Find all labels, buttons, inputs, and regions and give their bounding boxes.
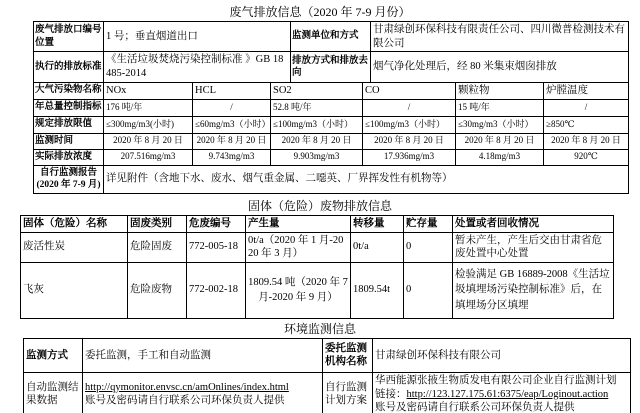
annual-total-cell: 15 吨/年: [456, 99, 544, 116]
solid-waste-section-title: 固体（危险）废物排放信息: [0, 200, 640, 213]
link-prefix-label: 链接：: [375, 389, 407, 400]
actual-concentration-cell: 4.18mg/m3: [456, 149, 544, 165]
limit-cell: ≤100mg/m3（小时）: [271, 116, 363, 133]
solid-waste-table: 固体（危险）名称 固废类别 危废编号 产生量 转移量 贮存量 处置或者回收情况 …: [20, 215, 614, 319]
waste-name-cell: 废活性炭: [21, 232, 128, 262]
pollutant-name-cell: NOx: [104, 82, 193, 99]
entrusted-org-label: 委托监测机构名称: [323, 338, 373, 372]
discharge-mode-label: 排放方式和排放去向: [291, 52, 371, 82]
monitor-time-cell: 2020 年 8 月 20 日: [456, 133, 544, 149]
document-page: 废气排放信息（2020 年 7-9 月份） 废气排放口编号位置 1 号；垂直烟道…: [0, 0, 640, 413]
auto-monitor-data-label: 自动监测结果数据: [24, 372, 83, 413]
table-row: 飞灰 危险废物 772-002-18 1809.54 吨（2020 年 7 月-…: [21, 262, 614, 318]
gas-section-title: 废气排放信息（2020 年 7-9 月份）: [0, 6, 640, 19]
pollutant-name-cell: SO2: [271, 82, 363, 99]
annual-total-cell: /: [544, 99, 629, 116]
entrusted-org-value: 甘肃绿创环保科技有限公司: [373, 338, 631, 372]
monitor-time-cell: 2020 年 8 月 20 日: [544, 133, 629, 149]
self-monitor-plan-link-line: 链接：http://123.127.175.61:6375/eap/Logino…: [375, 388, 628, 402]
self-monitor-report-label-line1: 自行监测报告: [35, 167, 102, 179]
waste-code-cell: 772-005-18: [187, 232, 246, 262]
actual-concentration-cell: 17.936mg/m3: [363, 149, 456, 165]
waste-name-cell: 飞灰: [21, 262, 128, 318]
actual-concentration-label: 实际排放浓度: [34, 149, 104, 165]
annual-total-label: 年总量控制指标: [34, 99, 104, 116]
auto-monitor-url-link[interactable]: http://qymonitor.envsc.cn/amOnlines/inde…: [85, 381, 320, 395]
limit-cell: ≤100mg/m3（小时）: [363, 116, 456, 133]
waste-code-cell: 772-002-18: [187, 262, 246, 318]
pollutant-name-cell: CO: [363, 82, 456, 99]
monitor-unit-label: 监测单位和方式: [291, 22, 371, 52]
monitor-time-cell: 2020 年 8 月 20 日: [104, 133, 193, 149]
discharge-mode-value: 烟气净化处理后，经 80 米集束烟囱排放: [371, 52, 629, 82]
annual-total-cell: 52.8 吨/年: [271, 99, 363, 116]
table-row: 年总量控制指标 176 吨/年 / 52.8 吨/年 / 15 吨/年 /: [34, 99, 629, 116]
pollutant-name-label: 大气污染物名称: [34, 82, 104, 99]
column-header: 固体（危险）名称: [21, 215, 128, 232]
self-monitor-plan-note: 账号及密码请自行联系公司环保负责人提供: [375, 401, 628, 413]
table-row: 监测时间 2020 年 8 月 20 日 2020 年 8 月 20 日 202…: [34, 133, 629, 149]
limit-cell: ≥850℃: [544, 116, 629, 133]
table-row: 废气排放口编号位置 1 号；垂直烟道出口 监测单位和方式 甘肃绿创环保科技有限责…: [34, 22, 629, 52]
annual-total-cell: /: [363, 99, 456, 116]
actual-concentration-cell: 9.743mg/m3: [193, 149, 271, 165]
monitor-time-label: 监测时间: [34, 133, 104, 149]
column-header: 危废编号: [187, 215, 246, 232]
outlet-id-value: 1 号；垂直烟道出口: [104, 22, 291, 52]
table-row: 自动监测结果数据 http://qymonitor.envsc.cn/amOnl…: [24, 372, 631, 413]
limit-cell: ≤30mg/m3（小时）: [456, 116, 544, 133]
table-row: 规定排放限值 ≤300mg/m3(小时) ≤60mg/m3（小时） ≤100mg…: [34, 116, 629, 133]
monitor-unit-value: 甘肃绿创环保科技有限责任公司、四川微普检测技术有限公司: [371, 22, 629, 52]
self-monitor-plan-url-link[interactable]: http://123.127.175.61:6375/eap/Loginout.…: [407, 389, 609, 400]
table-header-row: 固体（危险）名称 固废类别 危废编号 产生量 转移量 贮存量 处置或者回收情况: [21, 215, 614, 232]
waste-produced-cell: 1809.54 吨（2020 年 7 月-2020 年 9 月）: [246, 262, 351, 318]
table-row: 监测方式 委托监测，手工和自动监测 委托监测机构名称 甘肃绿创环保科技有限公司: [24, 338, 631, 372]
self-monitor-plan-cell: 华西能源张掖生物质发电有限公司企业自行监测计划 链接：http://123.12…: [373, 372, 631, 413]
table-row: 废活性炭 危险固废 772-005-18 0t/a（2020 年 1 月-202…: [21, 232, 614, 262]
column-header: 固废类别: [128, 215, 187, 232]
annual-total-cell: /: [193, 99, 271, 116]
waste-disposal-cell: 检验满足 GB 16889-2008《生活垃圾填埋场污染控制标准》后，在填埋场分…: [453, 262, 614, 318]
standard-label: 执行的排放标准: [34, 52, 104, 82]
auto-monitor-note: 账号及密码请自行联系公司环保负责人提供: [85, 394, 320, 408]
standard-value: 《生活垃圾焚烧污染控制标准 》GB 18485-2014: [104, 52, 291, 82]
waste-stored-cell: 0: [404, 232, 453, 262]
limit-label: 规定排放限值: [34, 116, 104, 133]
column-header: 产生量: [246, 215, 351, 232]
monitor-time-cell: 2020 年 8 月 20 日: [363, 133, 456, 149]
auto-monitor-data-cell: http://qymonitor.envsc.cn/amOnlines/inde…: [83, 372, 323, 413]
pollutant-name-cell: 颗粒物: [456, 82, 544, 99]
self-monitor-report-label: 自行监测报告 (2020 年 7-9 月): [34, 165, 104, 193]
column-header: 处置或者回收情况: [453, 215, 614, 232]
outlet-id-label: 废气排放口编号位置: [34, 22, 104, 52]
actual-concentration-cell: 9.903mg/m3: [271, 149, 363, 165]
monitor-method-label: 监测方式: [24, 338, 83, 372]
table-row: 大气污染物名称 NOx HCL SO2 CO 颗粒物 炉膛温度: [34, 82, 629, 99]
gas-emission-table: 废气排放口编号位置 1 号；垂直烟道出口 监测单位和方式 甘肃绿创环保科技有限责…: [33, 21, 629, 194]
waste-produced-cell: 0t/a（2020 年 1 月-2020 年 3 月）: [246, 232, 351, 262]
waste-transferred-cell: 1809.54t: [351, 262, 404, 318]
annual-total-cell: 176 吨/年: [104, 99, 193, 116]
column-header: 转移量: [351, 215, 404, 232]
actual-concentration-cell: 920℃: [544, 149, 629, 165]
pollutant-name-cell: HCL: [193, 82, 271, 99]
monitor-time-cell: 2020 年 8 月 20 日: [193, 133, 271, 149]
table-row: 自行监测报告 (2020 年 7-9 月) 详见附件（含地下水、废水、烟气重金属…: [34, 165, 629, 193]
limit-cell: ≤300mg/m3(小时): [104, 116, 193, 133]
self-monitor-report-label-line2: (2020 年 7-9 月): [35, 179, 102, 191]
waste-disposal-cell: 暂未产生，产生后交由甘肃省危废处置中心处置: [453, 232, 614, 262]
env-monitor-section-title: 环境监测信息: [0, 323, 640, 336]
self-monitor-report-value: 详见附件（含地下水、废水、烟气重金属、二噁英、厂界挥发性有机物等）: [104, 165, 629, 193]
actual-concentration-cell: 207.516mg/m3: [104, 149, 193, 165]
pollutant-name-cell: 炉膛温度: [544, 82, 629, 99]
table-row: 实际排放浓度 207.516mg/m3 9.743mg/m3 9.903mg/m…: [34, 149, 629, 165]
limit-cell: ≤60mg/m3（小时）: [193, 116, 271, 133]
monitor-time-cell: 2020 年 8 月 20 日: [271, 133, 363, 149]
self-monitor-plan-label: 自行监测计划方案: [323, 372, 373, 413]
self-monitor-plan-title: 华西能源张掖生物质发电有限公司企业自行监测计划: [375, 374, 628, 388]
waste-stored-cell: 0: [404, 262, 453, 318]
waste-transferred-cell: 0t/a: [351, 232, 404, 262]
waste-category-cell: 危险固废: [128, 232, 187, 262]
monitor-method-value: 委托监测，手工和自动监测: [83, 338, 323, 372]
waste-category-cell: 危险废物: [128, 262, 187, 318]
column-header: 贮存量: [404, 215, 453, 232]
env-monitor-table: 监测方式 委托监测，手工和自动监测 委托监测机构名称 甘肃绿创环保科技有限公司 …: [23, 338, 631, 413]
table-row: 执行的排放标准 《生活垃圾焚烧污染控制标准 》GB 18485-2014 排放方…: [34, 52, 629, 82]
